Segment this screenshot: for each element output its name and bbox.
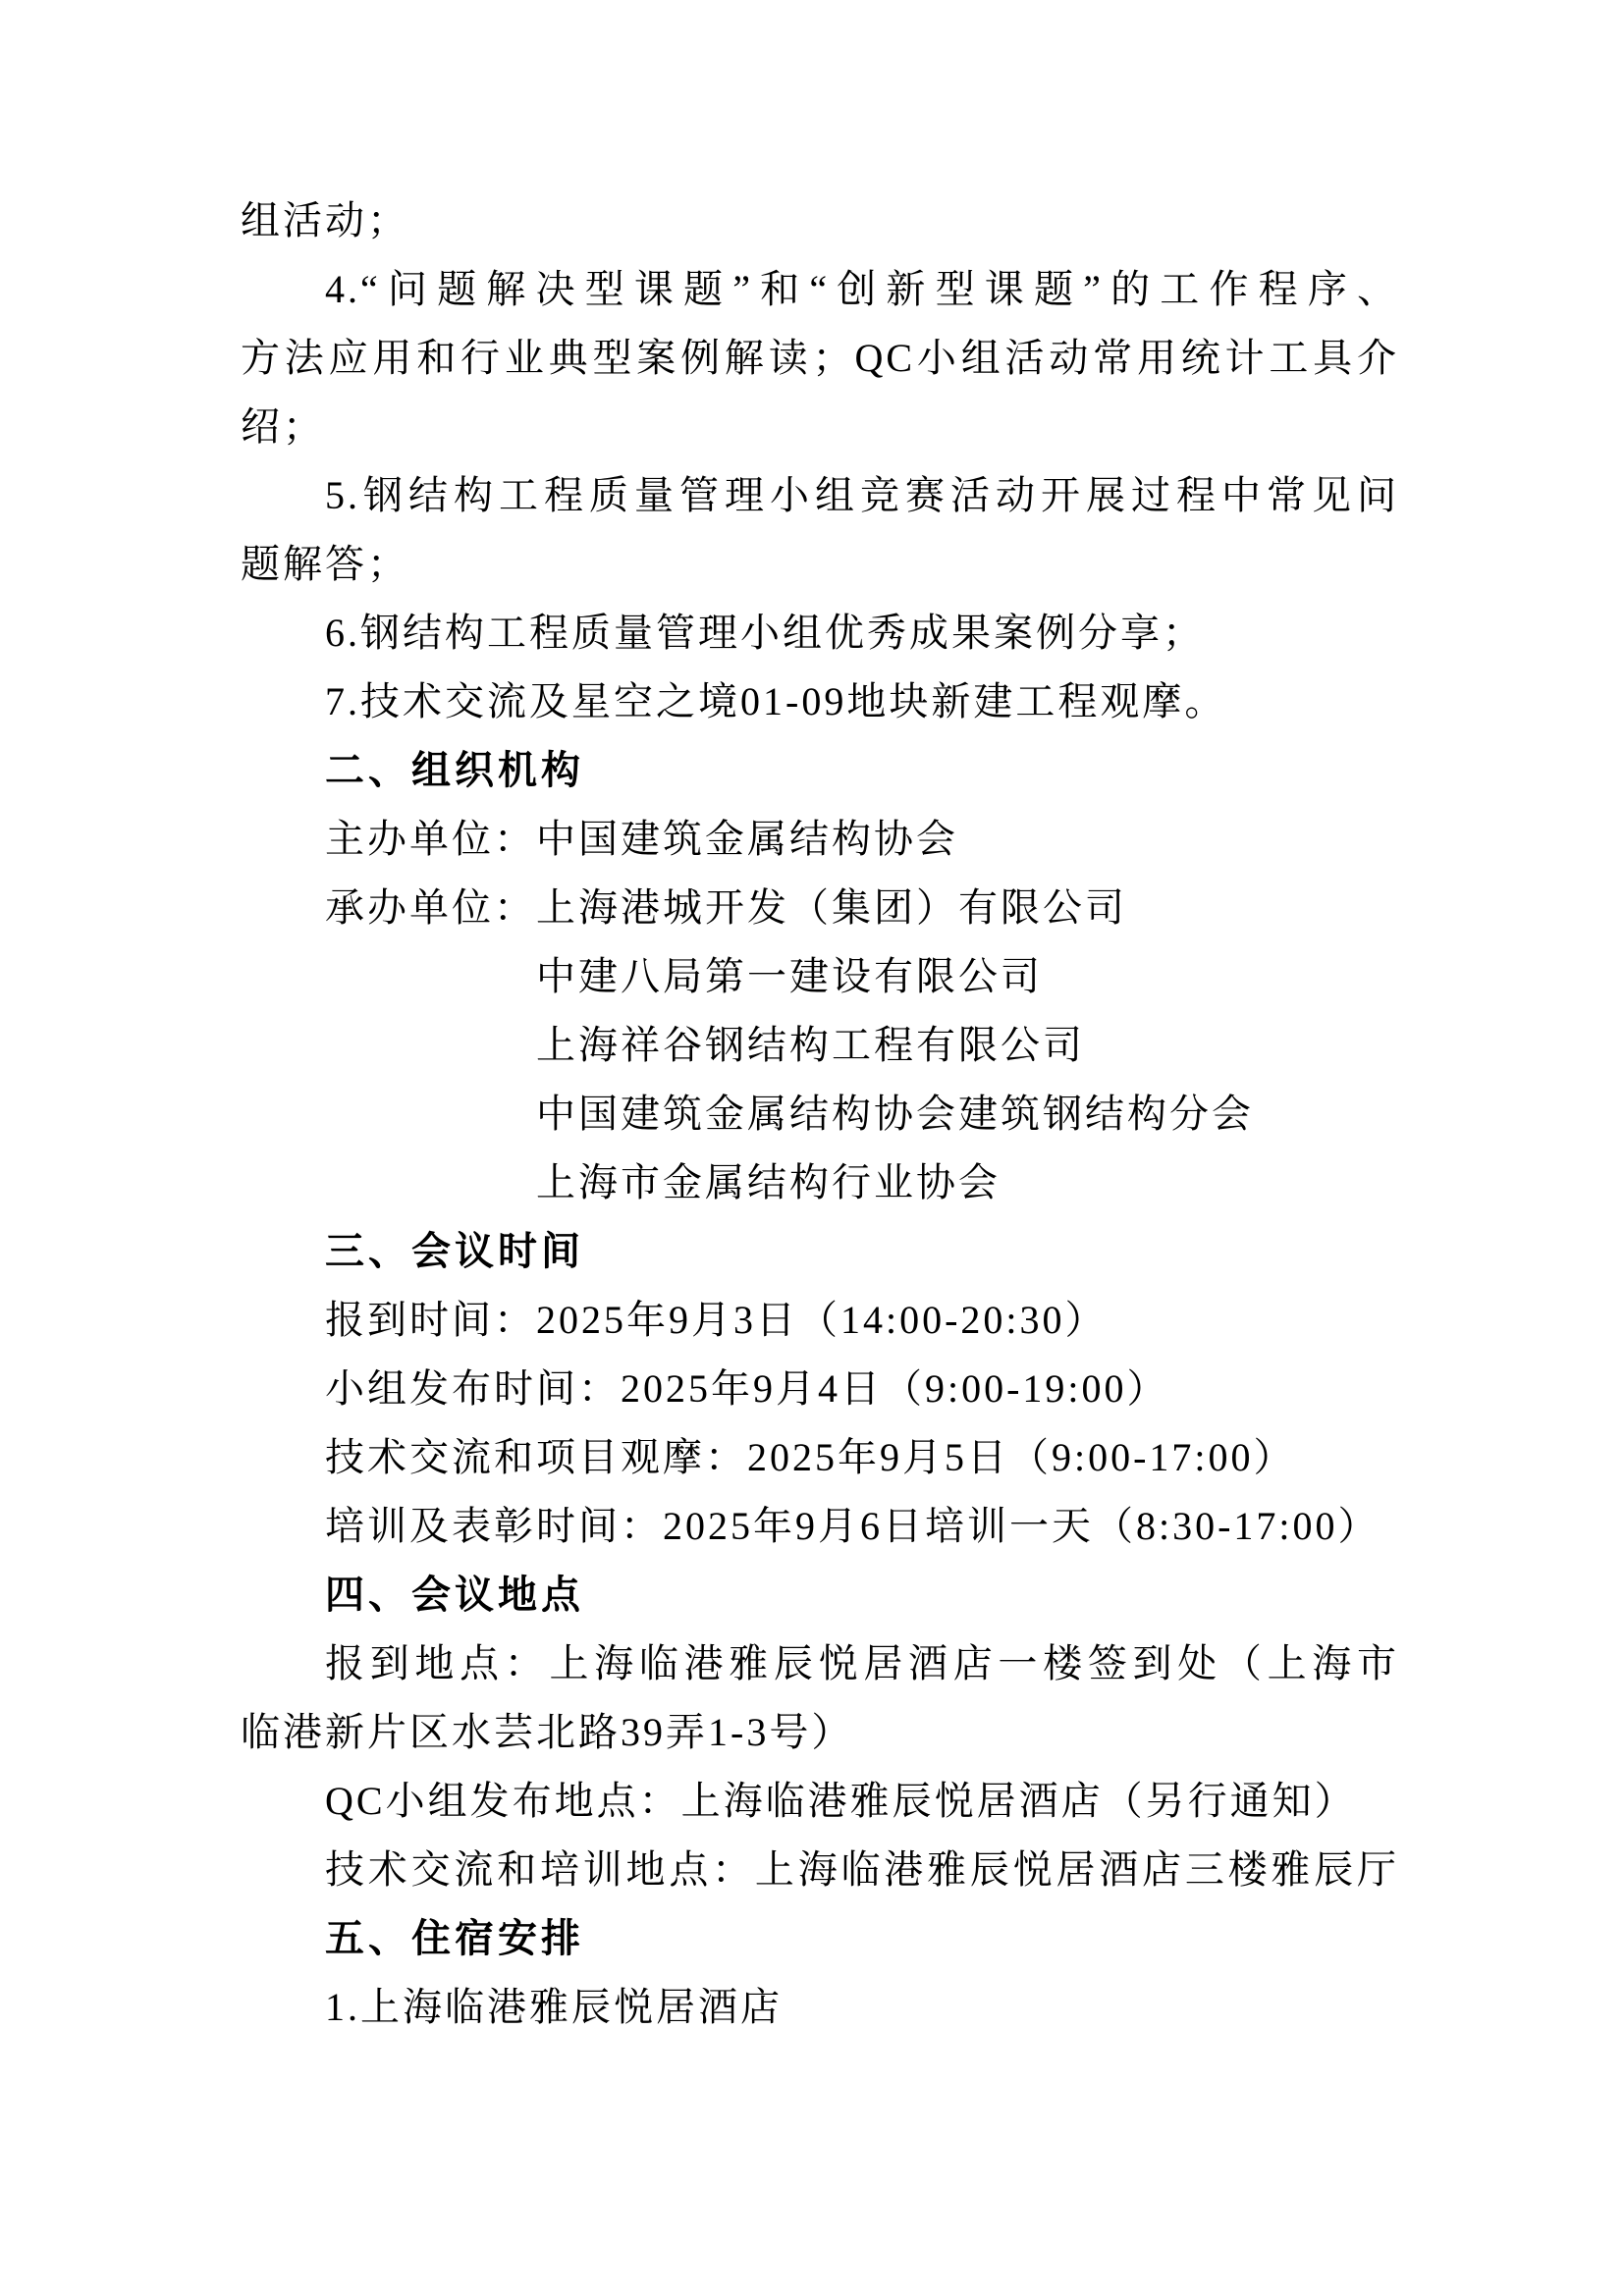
agenda-item-4: 4.“问题解决型课题”和“创新型课题”的工作程序、 [241,255,1399,324]
training-location-line: 技术交流和培训地点：上海临港雅辰悦居酒店三楼雅辰厅 [241,1836,1399,1904]
checkin-location-line: 报到地点：上海临港雅辰悦居酒店一楼签到处（上海市 [241,1629,1399,1698]
co-organizer-item-5: 上海市金属结构行业协会 [241,1148,1399,1217]
agenda-item-5: 5.钢结构工程质量管理小组竞赛活动开展过程中常见问 [241,461,1399,530]
text-block: 组活动； 4.“问题解决型课题”和“创新型课题”的工作程序、 方法应用和行业典型… [241,187,1399,2042]
agenda-item-4-wrap-1: 方法应用和行业典型案例解读；QC小组活动常用统计工具介 [241,324,1399,393]
agenda-item-6: 6.钢结构工程质量管理小组优秀成果案例分享； [241,599,1399,667]
tech-exchange-time-line: 技术交流和项目观摩：2025年9月5日（9:00-17:00） [241,1423,1399,1492]
agenda-item-7: 7.技术交流及星空之境01-09地块新建工程观摩。 [241,667,1399,736]
group-presentation-time-line: 小组发布时间：2025年9月4日（9:00-19:00） [241,1355,1399,1423]
co-organizer-item-4: 中国建筑金属结构协会建筑钢结构分会 [241,1080,1399,1148]
host-organizer-line: 主办单位：中国建筑金属结构协会 [241,805,1399,874]
document-page: 组活动； 4.“问题解决型课题”和“创新型课题”的工作程序、 方法应用和行业典型… [0,0,1624,2296]
section-heading-5-accommodation: 五、住宿安排 [241,1904,1399,1973]
section-heading-3-meeting-time: 三、会议时间 [241,1217,1399,1286]
co-organizer-item-3: 上海祥谷钢结构工程有限公司 [241,1011,1399,1080]
co-organizer-line: 承办单位：上海港城开发（集团）有限公司 [241,874,1399,942]
agenda-item-5-wrap-1: 题解答； [241,530,1399,599]
section-heading-4-meeting-location: 四、会议地点 [241,1561,1399,1629]
checkin-time-line: 报到时间：2025年9月3日（14:00-20:30） [241,1286,1399,1355]
co-organizer-item-2: 中建八局第一建设有限公司 [241,942,1399,1011]
paragraph-line-wrap-group-activity: 组活动； [241,187,1399,255]
qc-presentation-location-line: QC小组发布地点：上海临港雅辰悦居酒店（另行通知） [241,1767,1399,1836]
section-heading-2-organization: 二、组织机构 [241,736,1399,805]
checkin-location-wrap-1: 临港新片区水芸北路39弄1-3号） [241,1698,1399,1767]
agenda-item-4-wrap-2: 绍； [241,393,1399,461]
hotel-item-1: 1.上海临港雅辰悦居酒店 [241,1973,1399,2042]
training-award-time-line: 培训及表彰时间：2025年9月6日培训一天（8:30-17:00） [241,1492,1399,1561]
